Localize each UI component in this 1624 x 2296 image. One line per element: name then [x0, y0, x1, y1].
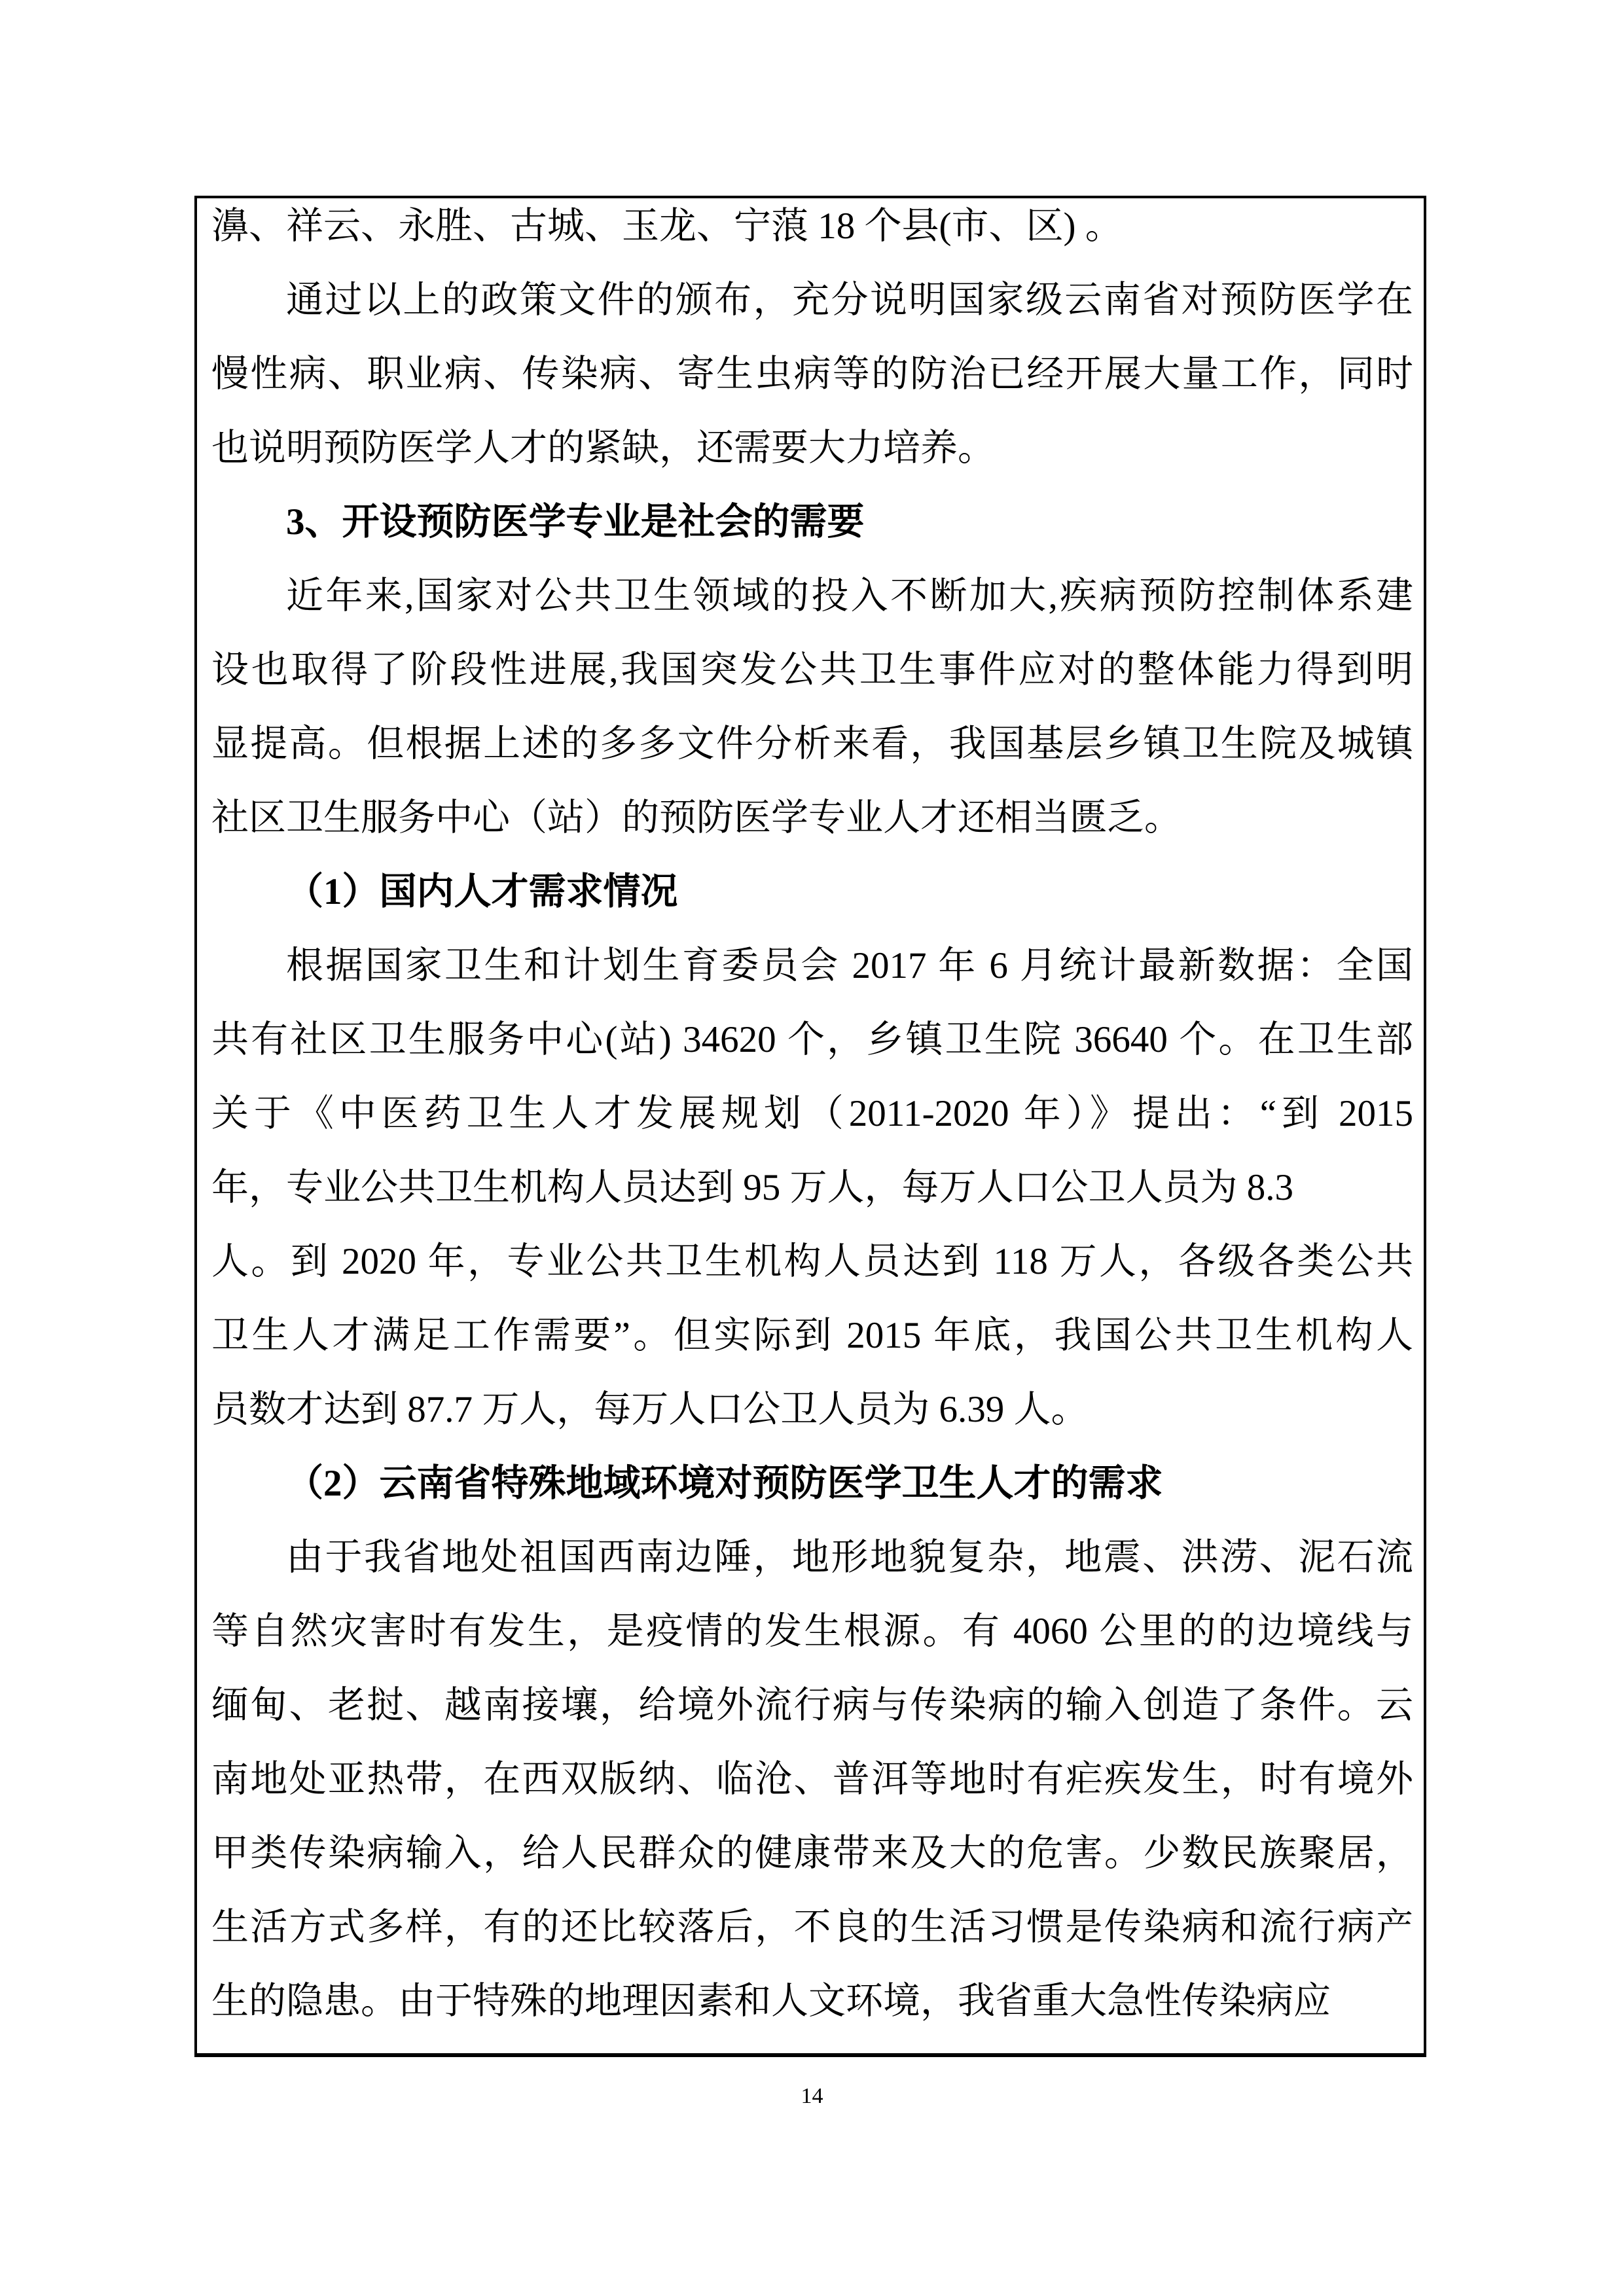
- text-line: 慢性病、职业病、传染病、寄生虫病等的防治已经开展大量工作，同时: [211, 337, 1413, 411]
- text-line: 关于《中医药卫生人才发展规划（2011-2020 年）》提出：“到 2015: [211, 1077, 1413, 1151]
- text-line: 年，专业公共卫生机构人员达到 95 万人，每万人口公卫人员为 8.3: [211, 1151, 1413, 1225]
- text-line: 生的隐患。由于特殊的地理因素和人文环境，我省重大急性传染病应: [211, 1964, 1413, 2038]
- text-line: 近年来,国家对公共卫生领域的投入不断加大,疾病预防控制体系建: [211, 559, 1413, 633]
- text-line: （1）国内人才需求情况: [211, 855, 1413, 929]
- text-line: 员数才达到 87.7 万人，每万人口公卫人员为 6.39 人。: [211, 1372, 1413, 1446]
- text-line: 通过以上的政策文件的颁布，充分说明国家级云南省对预防医学在: [211, 263, 1413, 337]
- text-line: 社区卫生服务中心（站）的预防医学专业人才还相当匮乏。: [211, 781, 1413, 855]
- text-line: 生活方式多样，有的还比较落后，不良的生活习惯是传染病和流行病产: [211, 1890, 1413, 1964]
- text-line: 根据国家卫生和计划生育委员会 2017 年 6 月统计最新数据：全国: [211, 929, 1413, 1003]
- text-line: 缅甸、老挝、越南接壤，给境外流行病与传染病的输入创造了条件。云: [211, 1668, 1413, 1742]
- text-line: 濞、祥云、永胜、古城、玉龙、宁蒗 18 个县(市、区) 。: [211, 196, 1413, 263]
- text-line: 设也取得了阶段性进展,我国突发公共卫生事件应对的整体能力得到明: [211, 633, 1413, 707]
- content-border-box: 濞、祥云、永胜、古城、玉龙、宁蒗 18 个县(市、区) 。通过以上的政策文件的颁…: [194, 196, 1426, 2057]
- document-page: 濞、祥云、永胜、古城、玉龙、宁蒗 18 个县(市、区) 。通过以上的政策文件的颁…: [0, 0, 1624, 2296]
- text-line: 由于我省地处祖国西南边陲，地形地貌复杂，地震、洪涝、泥石流: [211, 1520, 1413, 1594]
- text-line: 卫生人才满足工作需要”。但实际到 2015 年底，我国公共卫生机构人: [211, 1299, 1413, 1372]
- text-line: 人。到 2020 年，专业公共卫生机构人员达到 118 万人，各级各类公共: [211, 1225, 1413, 1299]
- body-text: 濞、祥云、永胜、古城、玉龙、宁蒗 18 个县(市、区) 。通过以上的政策文件的颁…: [211, 196, 1413, 2038]
- text-line: 甲类传染病输入，给人民群众的健康带来及大的危害。少数民族聚居，: [211, 1816, 1413, 1890]
- text-line: 也说明预防医学人才的紧缺，还需要大力培养。: [211, 411, 1413, 485]
- text-line: 显提高。但根据上述的多多文件分析来看，我国基层乡镇卫生院及城镇: [211, 707, 1413, 781]
- page-number: 14: [0, 2083, 1624, 2110]
- text-line: 等自然灾害时有发生，是疫情的发生根源。有 4060 公里的的边境线与: [211, 1594, 1413, 1668]
- text-line: 3、开设预防医学专业是社会的需要: [211, 485, 1413, 559]
- text-line: 共有社区卫生服务中心(站) 34620 个，乡镇卫生院 36640 个。在卫生部: [211, 1003, 1413, 1077]
- text-line: 南地处亚热带，在西双版纳、临沧、普洱等地时有疟疾发生，时有境外: [211, 1742, 1413, 1816]
- text-line: （2）云南省特殊地域环境对预防医学卫生人才的需求: [211, 1446, 1413, 1520]
